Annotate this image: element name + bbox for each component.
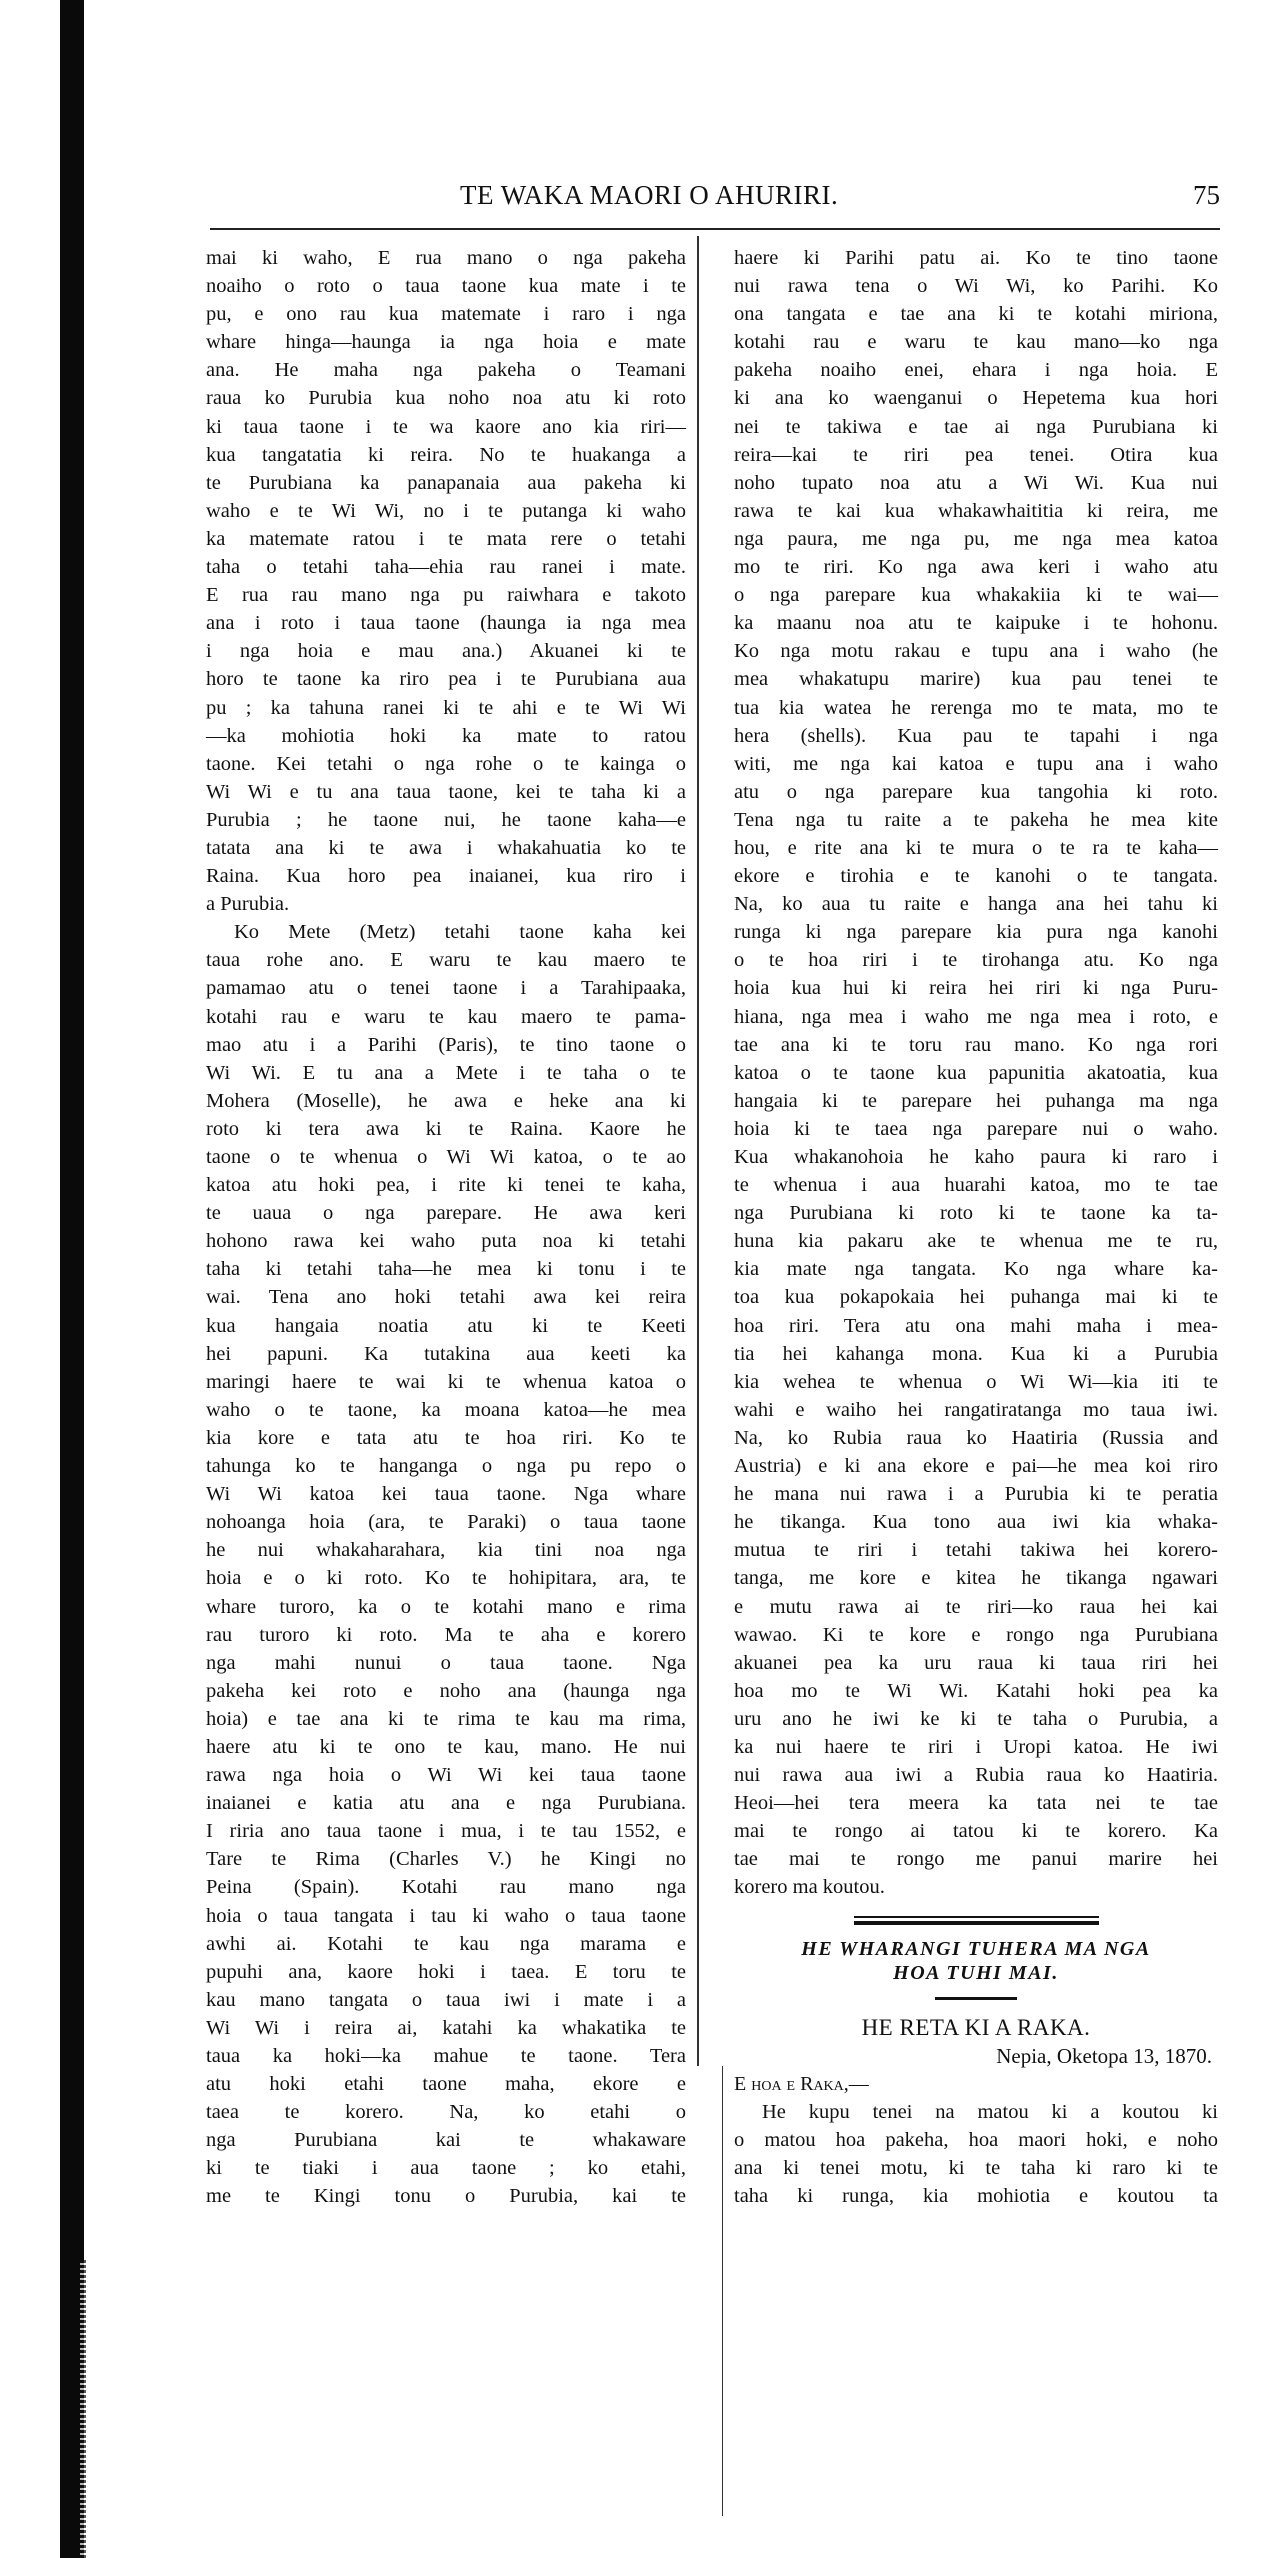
text-line: o te hoa riri i te tirohanga atu. Ko nga (734, 946, 1218, 974)
text-line: pu, e ono rau kua matemate i raro i nga (206, 300, 686, 328)
text-line: he tikanga. Kua tono aua iwi kia whaka- (734, 1508, 1218, 1536)
text-line: taha o tetahi taha—ehia rau ranei i mate… (206, 553, 686, 581)
text-line: wahi e waiho hei rangatiratanga mo taua … (734, 1396, 1218, 1424)
text-line: Heoi—hei tera meera ka tata nei te tae (734, 1789, 1218, 1817)
text-line: taha ki tetahi taha—he mea ki tonu i te (206, 1255, 686, 1283)
text-line: ki te tiaki i aua taone ; ko etahi, (206, 2154, 686, 2182)
text-line: maringi haere te wai ki te whenua katoa … (206, 1368, 686, 1396)
text-line: Tare te Rima (Charles V.) he Kingi no (206, 1845, 686, 1873)
text-line: nga paura, me nga pu, me nga mea katoa (734, 525, 1218, 553)
text-line: Wi Wi katoa kei taua taone. Nga whare (206, 1480, 686, 1508)
text-line: a Purubia. (206, 890, 686, 918)
text-line: mea whakatupu marire) kua pau tenei te (734, 665, 1218, 693)
text-line: hera (shells). Kua pau te tapahi i nga (734, 722, 1218, 750)
text-line: raua ko Purubia kua noho noa atu ki roto (206, 384, 686, 412)
section-heading-line-1: HE WHARANGI TUHERA MA NGA (734, 1937, 1218, 1961)
text-line: taone o te whenua o Wi Wi katoa, o te ao (206, 1143, 686, 1171)
text-line: Ko nga motu rakau e tupu ana i waho (he (734, 637, 1218, 665)
text-line: te whenua i aua huarahi katoa, mo te tae (734, 1171, 1218, 1199)
text-line: roto ki tera awa ki te Raina. Kaore he (206, 1115, 686, 1143)
text-line: waho o te taone, ka moana katoa—he mea (206, 1396, 686, 1424)
text-line: hiana, nga mea i waho me nga mea i roto,… (734, 1003, 1218, 1031)
text-line: noaiho o roto o taua taone kua mate i te (206, 272, 686, 300)
text-line: tia hei kahanga mona. Kua ki a Purubia (734, 1340, 1218, 1368)
text-line: ana. He maha nga pakeha o Teamani (206, 356, 686, 384)
text-line: hohono rawa kei waho puta noa ki tetahi (206, 1227, 686, 1255)
text-line: kia mate nga tangata. Ko nga whare ka- (734, 1255, 1218, 1283)
text-line: hoia kua hui ki reira hei riri ki nga Pu… (734, 974, 1218, 1002)
text-line: Na, ko aua tu raite e hanga ana hei tahu… (734, 890, 1218, 918)
text-line: Purubia ; he taone nui, he taone kaha—e (206, 806, 686, 834)
text-line: nei te takiwa e tae ai nga Purubiana ki (734, 413, 1218, 441)
text-line: kotahi rau e waru te kau maero te pama- (206, 1003, 686, 1031)
text-line: ka nui haere te riri i Uropi katoa. He i… (734, 1733, 1218, 1761)
text-line: ona tangata e tae ana ki te kotahi mirio… (734, 300, 1218, 328)
text-line: kua hangaia noatia atu ki te Keeti (206, 1312, 686, 1340)
text-line: wawao. Ki te kore e rongo nga Purubiana (734, 1621, 1218, 1649)
text-line: taha ki runga, kia mohiotia e koutou ta (734, 2182, 1218, 2210)
text-line: ki ana ko waenganui o Hepetema kua hori (734, 384, 1218, 412)
page-binding-edge (60, 0, 84, 2558)
text-line: hoia e o ki roto. Ko te hohipitara, ara,… (206, 1564, 686, 1592)
text-line: uru ano he iwi ke ki te taha o Purubia, … (734, 1705, 1218, 1733)
text-line: korero ma koutou. (734, 1873, 1218, 1901)
text-line: reira—kai te riri pea tenei. Otira kua (734, 441, 1218, 469)
header-rule (210, 228, 1220, 230)
text-line: akuanei pea ka uru raua ki taua riri hei (734, 1649, 1218, 1677)
text-line: he mana nui rawa i a Purubia ki te perat… (734, 1480, 1218, 1508)
text-line: taua rohe ano. E waru te kau maero te (206, 946, 686, 974)
text-line: Austria) e ki ana ekore e pai—he mea koi… (734, 1452, 1218, 1480)
text-line: witi, me nga kai katoa e tupu ana i waho (734, 750, 1218, 778)
text-line: tahunga ko te hanganga o nga pu repo o (206, 1452, 686, 1480)
text-line: toa kua pokapokaia hei puhanga mai ki te (734, 1283, 1218, 1311)
text-line: kotahi rau e waru te kau mano—ko nga (734, 328, 1218, 356)
letter-date: Nepia, Oketopa 13, 1870. (734, 2042, 1218, 2070)
text-line: huna kia pakaru ake te whenua me te ru, (734, 1227, 1218, 1255)
text-line: pupuhi ana, kaore hoki i taea. E toru te (206, 1958, 686, 1986)
article-continuation: haere ki Parihi patu ai. Ko te tino taon… (734, 244, 1218, 1902)
text-line: —ka mohiotia hoki ka mate to ratou (206, 722, 686, 750)
right-column: haere ki Parihi patu ai. Ko te tino taon… (734, 244, 1218, 2210)
text-line: I riria ano taua taone i mua, i te tau 1… (206, 1817, 686, 1845)
page-number: 75 (1193, 180, 1220, 211)
text-line: rau turoro ki roto. Ma te aha e korero (206, 1621, 686, 1649)
text-line: horo te taone ka riro pea i te Purubiana… (206, 665, 686, 693)
section-short-rule (935, 1997, 1017, 2000)
text-line: te Purubiana ka panapanaia aua pakeha ki (206, 469, 686, 497)
text-line: ana ki tenei motu, ki te taha ki raro ki… (734, 2154, 1218, 2182)
text-line: o nga parepare kua whakakiia ki te wai— (734, 581, 1218, 609)
text-line: hei papuni. Ka tutakina aua keeti ka (206, 1340, 686, 1368)
page-binding-texture (80, 2260, 86, 2558)
text-line: pakeha noaiho enei, ehara i nga hoia. E (734, 356, 1218, 384)
newspaper-title: TE WAKA MAORI O AHURIRI. (460, 180, 838, 211)
column-divider-lower (722, 2066, 723, 2516)
text-line: nga Purubiana ki roto ki te taone ka ta- (734, 1199, 1218, 1227)
text-line: Wi Wi i reira ai, katahi ka whakatika te (206, 2014, 686, 2042)
page-header: TE WAKA MAORI O AHURIRI. 75 (210, 180, 1220, 220)
text-line: haere ki Parihi patu ai. Ko te tino taon… (734, 244, 1218, 272)
text-line: rawa te kai kua whakawhaititia ki reira,… (734, 497, 1218, 525)
text-line: ka matemate ratou i te mata rere o tetah… (206, 525, 686, 553)
text-line: o matou hoa pakeha, hoa maori hoki, e no… (734, 2126, 1218, 2154)
text-line: mo te riri. Ko nga awa keri i waho atu (734, 553, 1218, 581)
text-line: e mutu rawa ai te riri—ko raua hei kai (734, 1593, 1218, 1621)
left-column: mai ki waho, E rua mano o nga pakehanoai… (206, 244, 686, 2211)
section-divider-double-rule (854, 1916, 1099, 1925)
text-line: Wi Wi e tu ana taua taone, kei te taha k… (206, 778, 686, 806)
article-paragraph-2: Ko Mete (Metz) tetahi taone kaha keitaua… (206, 918, 686, 2210)
text-line: kau mano tangata o taua iwi i mate i a (206, 1986, 686, 2014)
text-line: i nga hoia e mau ana.) Akuanei ki te (206, 637, 686, 665)
text-line: awhi ai. Kotahi te kau nga marama e (206, 1930, 686, 1958)
text-line: rawa nga hoia o Wi Wi kei taua taone (206, 1761, 686, 1789)
text-line: Kua whakanohoia he kaho paura ki raro i (734, 1143, 1218, 1171)
text-line: ki taua taone i te wa kaore ano kia riri… (206, 413, 686, 441)
section-heading: HE WHARANGI TUHERA MA NGA HOA TUHI MAI. (734, 1937, 1218, 1985)
text-line: hangaia ki te parepare hei puhanga ma ng… (734, 1087, 1218, 1115)
text-line: mai ki waho, E rua mano o nga pakeha (206, 244, 686, 272)
text-line: nga Purubiana kai te whakaware (206, 2126, 686, 2154)
text-line: nui rawa tena o Wi Wi, ko Parihi. Ko (734, 272, 1218, 300)
text-line: tua kia watea he rerenga mo te mata, mo … (734, 694, 1218, 722)
text-line: mai te rongo ai tatou ki te korero. Ka (734, 1817, 1218, 1845)
text-line: E rua rau mano nga pu raiwhara e takoto (206, 581, 686, 609)
letter-body: He kupu tenei na matou ki a koutou kio m… (734, 2098, 1218, 2210)
text-line: pu ; ka tahuna ranei ki te ahi e te Wi W… (206, 694, 686, 722)
text-line: hou, e rite ana ki te mura o te ra te ka… (734, 834, 1218, 862)
text-line: noho tupato noa atu a Wi Wi. Kua nui (734, 469, 1218, 497)
text-line: Wi Wi. E tu ana a Mete i te taha o te (206, 1059, 686, 1087)
text-line: hoia ki te taea nga parepare nui o waho. (734, 1115, 1218, 1143)
text-line: taone. Kei tetahi o nga rohe o te kainga… (206, 750, 686, 778)
text-line: katoa atu hoki pea, i rite ki tenei te k… (206, 1171, 686, 1199)
text-line: wai. Tena ano hoki tetahi awa kei reira (206, 1283, 686, 1311)
text-line: kua tangatatia ki reira. No te huakanga … (206, 441, 686, 469)
text-line: Na, ko Rubia raua ko Haatiria (Russia an… (734, 1424, 1218, 1452)
text-line: waho e te Wi Wi, no i te putanga ki waho (206, 497, 686, 525)
text-line: nui rawa aua iwi a Rubia raua ko Haatiri… (734, 1761, 1218, 1789)
text-line: tae ana ki te toru rau mano. Ko nga rori (734, 1031, 1218, 1059)
text-line: pakeha kei roto e noho ana (haunga nga (206, 1677, 686, 1705)
text-line: hoa mo te Wi Wi. Katahi hoki pea ka (734, 1677, 1218, 1705)
text-line: me te Kingi tonu o Purubia, kai te (206, 2182, 686, 2210)
column-divider (697, 236, 699, 2066)
text-line: hoa riri. Tera atu ona mahi maha i mea- (734, 1312, 1218, 1340)
letter-title: HE RETA KI A RAKA. (734, 2014, 1218, 2042)
text-line: Peina (Spain). Kotahi rau mano nga (206, 1873, 686, 1901)
text-line: tanga, me kore e kitea he tikanga ngawar… (734, 1564, 1218, 1592)
text-line: atu o nga parepare kua tangohia ki roto. (734, 778, 1218, 806)
text-line: runga ki nga parepare kia pura nga kanoh… (734, 918, 1218, 946)
text-line: He kupu tenei na matou ki a koutou ki (734, 2098, 1218, 2126)
section-heading-line-2: HOA TUHI MAI. (734, 1961, 1218, 1985)
text-line: mao atu i a Parihi (Paris), te tino taon… (206, 1031, 686, 1059)
text-line: Ko Mete (Metz) tetahi taone kaha kei (206, 918, 686, 946)
text-line: whare turoro, ka o te kotahi mano e rima (206, 1593, 686, 1621)
article-paragraph-1: mai ki waho, E rua mano o nga pakehanoai… (206, 244, 686, 918)
text-line: Tena nga tu raite a te pakeha he mea kit… (734, 806, 1218, 834)
text-line: taea te korero. Na, ko etahi o (206, 2098, 686, 2126)
text-line: nga mahi nunui o taua taone. Nga (206, 1649, 686, 1677)
text-line: inaianei e katia atu ana e nga Purubiana… (206, 1789, 686, 1817)
text-line: pamamao atu o tenei taone i a Tarahipaak… (206, 974, 686, 1002)
text-line: nohoanga hoia (ara, te Paraki) o taua ta… (206, 1508, 686, 1536)
text-line: haere atu ki te ono te kau, mano. He nui (206, 1733, 686, 1761)
text-line: tae mai te rongo me panui marire hei (734, 1845, 1218, 1873)
text-line: whare hinga—haunga ia nga hoia e mate (206, 328, 686, 356)
text-line: ekore e tirohia e te kanohi o te tangata… (734, 862, 1218, 890)
text-line: ana i roto i taua taone (haunga ia nga m… (206, 609, 686, 637)
text-line: hoia o taua tangata i tau ki waho o taua… (206, 1902, 686, 1930)
text-line: hoia) e tae ana ki te rima te kau ma rim… (206, 1705, 686, 1733)
letter-salutation: E hoa e Raka,— (734, 2070, 1218, 2098)
text-line: ka maanu noa atu te kaipuke i te hohonu. (734, 609, 1218, 637)
text-line: taua ka hoki—ka mahue te taone. Tera (206, 2042, 686, 2070)
text-line: kia wehea te whenua o Wi Wi—kia iti te (734, 1368, 1218, 1396)
text-line: Raina. Kua horo pea inaianei, kua riro i (206, 862, 686, 890)
text-line: tatata ana ki te awa i whakahuatia ko te (206, 834, 686, 862)
text-line: mutua te riri i tetahi takiwa hei korero… (734, 1536, 1218, 1564)
text-line: katoa o te taone kua papunitia akatoatia… (734, 1059, 1218, 1087)
text-line: Mohera (Moselle), he awa e heke ana ki (206, 1087, 686, 1115)
text-line: he nui whakaharahara, kia tini noa nga (206, 1536, 686, 1564)
text-line: te uaua o nga parepare. He awa keri (206, 1199, 686, 1227)
text-line: atu hoki etahi taone maha, ekore e (206, 2070, 686, 2098)
text-line: kia kore e tata atu te hoa riri. Ko te (206, 1424, 686, 1452)
